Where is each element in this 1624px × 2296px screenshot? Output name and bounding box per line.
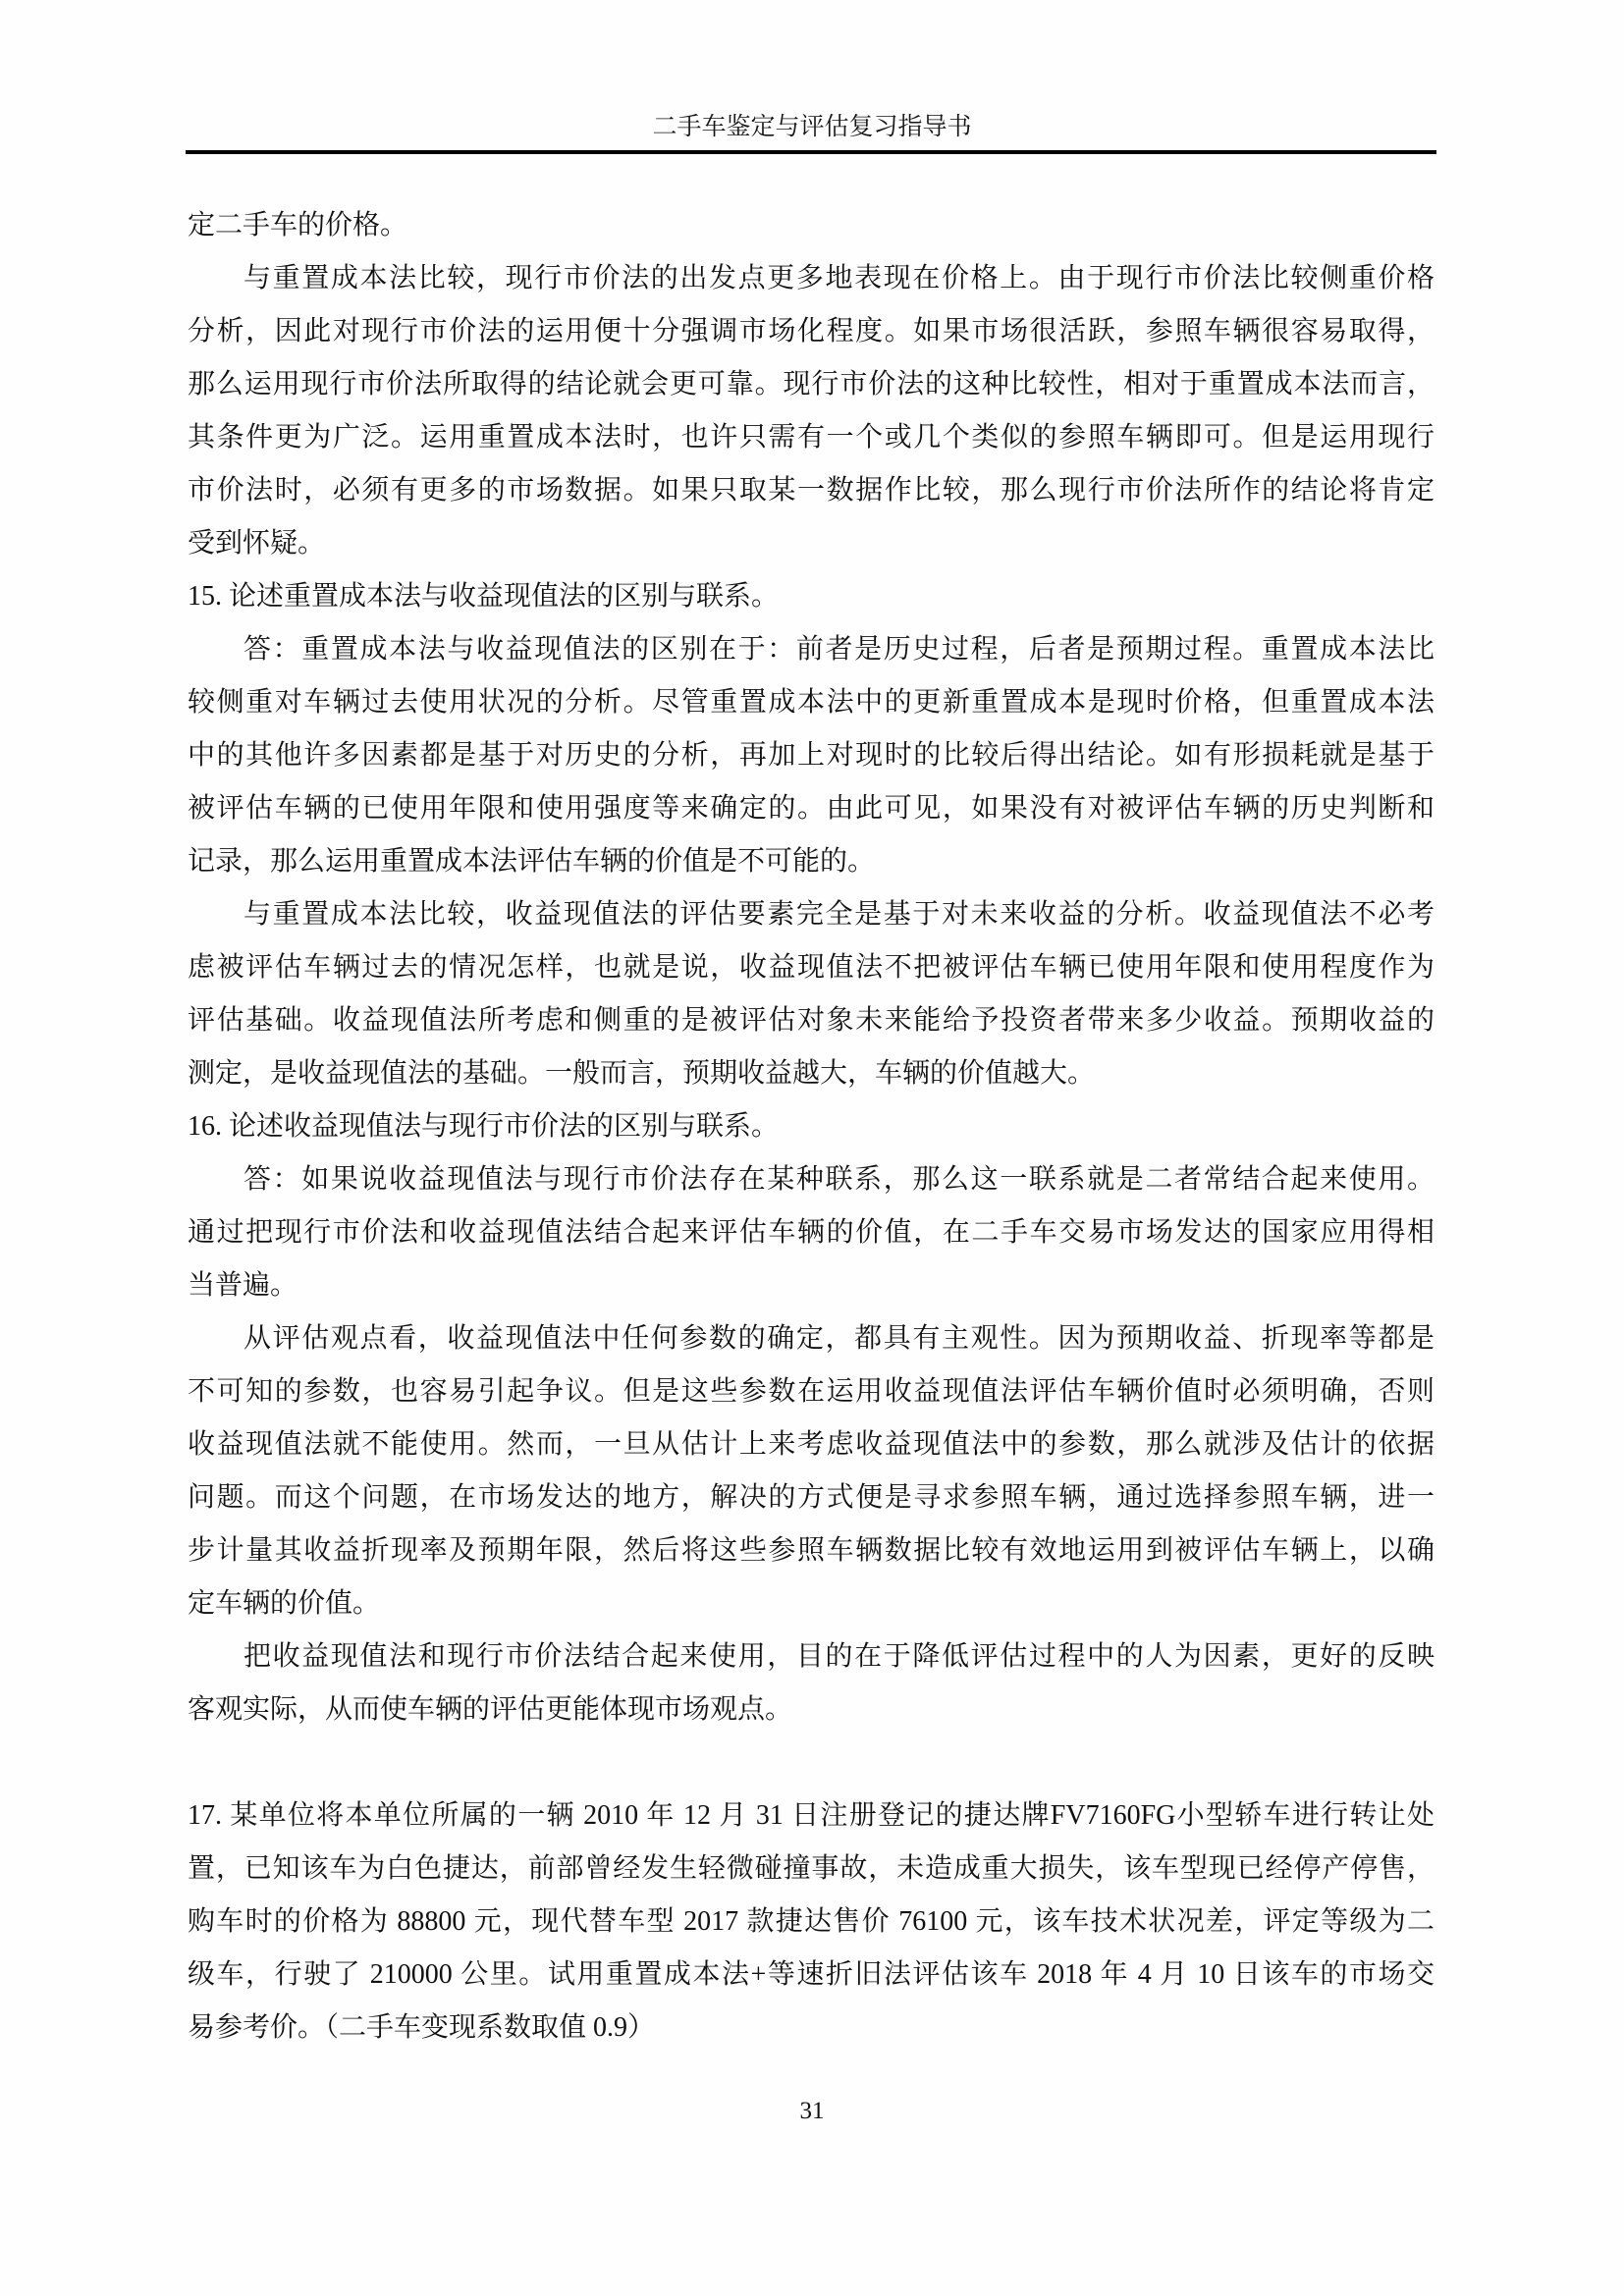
blank-line: [188, 1736, 1435, 1789]
text-line: 记录，那么运用重置成本法评估车辆的价值是不可能的。: [188, 835, 1435, 888]
text-line: 级车，行驶了 210000 公里。试用重置成本法+等速折旧法评估该车 2018 …: [188, 1949, 1435, 2002]
text-line: 被评估车辆的已使用年限和使用强度等来确定的。由此可见，如果没有对被评估车辆的历史…: [188, 782, 1435, 835]
text-line: 答：重置成本法与收益现值法的区别在于：前者是历史过程，后者是预期过程。重置成本法…: [188, 623, 1435, 676]
text-line: 定车辆的价值。: [188, 1577, 1435, 1630]
text-line: 虑被评估车辆过去的情况怎样，也就是说，收益现值法不把被评估车辆已使用年限和使用程…: [188, 941, 1435, 994]
header-title: 二手车鉴定与评估复习指导书: [0, 113, 1624, 142]
text-line: 置，已知该车为白色捷达，前部曾经发生轻微碰撞事故，未造成重大损失，该车型现已经停…: [188, 1842, 1435, 1896]
text-line: 客观实际，从而使车辆的评估更能体现市场观点。: [188, 1683, 1435, 1736]
document-page: 二手车鉴定与评估复习指导书 定二手车的价格。与重置成本法比较，现行市价法的出发点…: [0, 0, 1624, 2296]
text-line: 那么运用现行市价法所取得的结论就会更可靠。现行市价法的这种比较性，相对于重置成本…: [188, 358, 1435, 411]
text-line: 通过把现行市价法和收益现值法结合起来评估车辆的价值，在二手车交易市场发达的国家应…: [188, 1206, 1435, 1259]
text-line: 步计量其收益折现率及预期年限，然后将这些参照车辆数据比较有效地运用到被评估车辆上…: [188, 1524, 1435, 1577]
page-number: 31: [800, 2098, 825, 2124]
text-line: 评估基础。收益现值法所考虑和侧重的是被评估对象未来能给予投资者带来多少收益。预期…: [188, 994, 1435, 1047]
text-line: 把收益现值法和现行市价法结合起来使用，目的在于降低评估过程中的人为因素，更好的反…: [188, 1630, 1435, 1683]
text-line: 其条件更为广泛。运用重置成本法时，也许只需有一个或几个类似的参照车辆即可。但是运…: [188, 411, 1435, 464]
text-line: 从评估观点看，收益现值法中任何参数的确定，都具有主观性。因为预期收益、折现率等都…: [188, 1312, 1435, 1365]
text-line: 分析，因此对现行市价法的运用便十分强调市场化程度。如果市场很活跃，参照车辆很容易…: [188, 305, 1435, 358]
text-line: 与重置成本法比较，收益现值法的评估要素完全是基于对未来收益的分析。收益现值法不必…: [188, 888, 1435, 941]
text-line: 答：如果说收益现值法与现行市价法存在某种联系，那么这一联系就是二者常结合起来使用…: [188, 1153, 1435, 1206]
text-line: 定二手车的价格。: [188, 199, 1435, 252]
text-line: 市价法时，必须有更多的市场数据。如果只取某一数据作比较，那么现行市价法所作的结论…: [188, 464, 1435, 517]
header-rule: [186, 150, 1436, 154]
text-line: 当普遍。: [188, 1259, 1435, 1312]
document-body: 定二手车的价格。与重置成本法比较，现行市价法的出发点更多地表现在价格上。由于现行…: [188, 199, 1435, 2055]
text-line: 与重置成本法比较，现行市价法的出发点更多地表现在价格上。由于现行市价法比较侧重价…: [188, 252, 1435, 305]
text-line: 不可知的参数，也容易引起争议。但是这些参数在运用收益现值法评估车辆价值时必须明确…: [188, 1365, 1435, 1418]
text-line: 15. 论述重置成本法与收益现值法的区别与联系。: [188, 570, 1435, 623]
text-line: 受到怀疑。: [188, 517, 1435, 570]
page-footer: 31: [0, 2097, 1624, 2126]
text-line: 17. 某单位将本单位所属的一辆 2010 年 12 月 31 日注册登记的捷达…: [188, 1789, 1435, 1842]
text-line: 购车时的价格为 88800 元，现代替车型 2017 款捷达售价 76100 元…: [188, 1896, 1435, 1949]
text-line: 较侧重对车辆过去使用状况的分析。尽管重置成本法中的更新重置成本是现时价格，但重置…: [188, 676, 1435, 729]
text-line: 16. 论述收益现值法与现行市价法的区别与联系。: [188, 1100, 1435, 1153]
text-line: 问题。而这个问题，在市场发达的地方，解决的方式便是寻求参照车辆，通过选择参照车辆…: [188, 1471, 1435, 1524]
text-line: 易参考价。（二手车变现系数取值 0.9）: [188, 2002, 1435, 2055]
text-line: 收益现值法就不能使用。然而，一旦从估计上来考虑收益现值法中的参数，那么就涉及估计…: [188, 1418, 1435, 1471]
text-line: 中的其他许多因素都是基于对历史的分析，再加上对现时的比较后得出结论。如有形损耗就…: [188, 729, 1435, 782]
text-line: 测定，是收益现值法的基础。一般而言，预期收益越大，车辆的价值越大。: [188, 1047, 1435, 1100]
